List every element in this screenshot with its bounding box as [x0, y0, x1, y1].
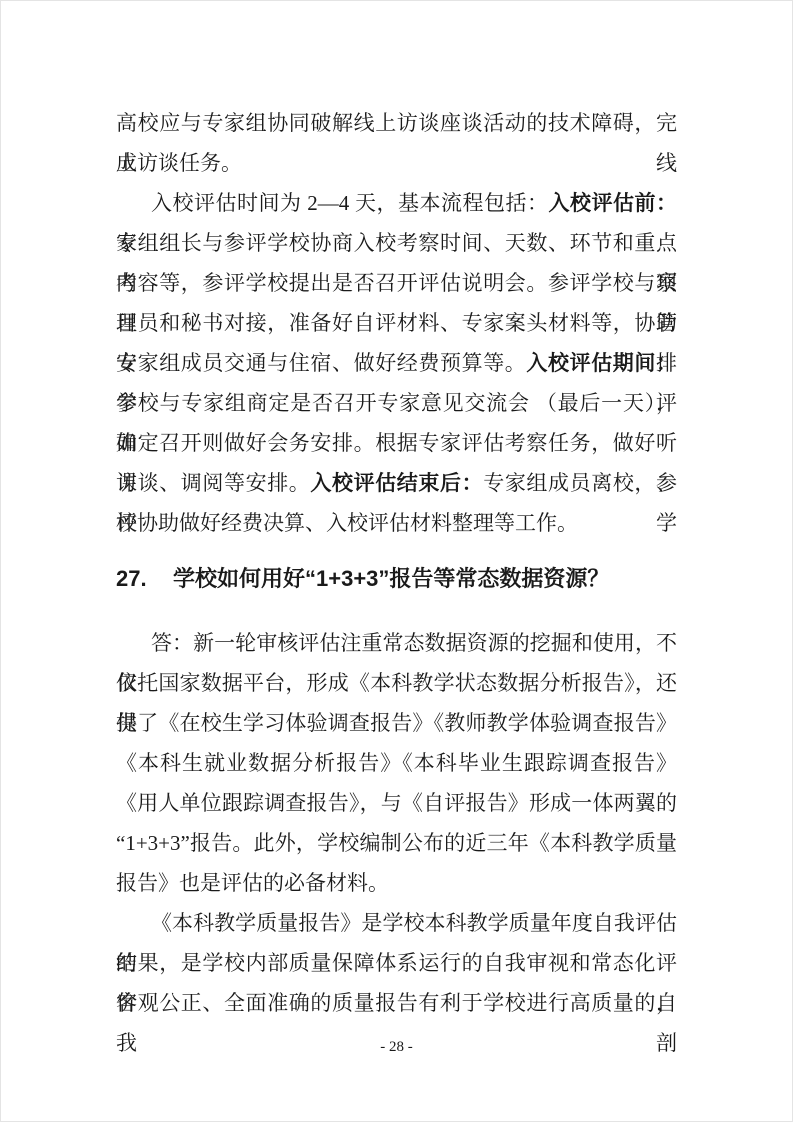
paragraph: 答：新一轮审核评估注重常态数据资源的挖掘和使用，不仅依托国家数据平台，形成《本科… [116, 623, 677, 903]
body-text: 供了《在校生学习体验调查报告》《教师教学体验调查报告》 [116, 711, 677, 735]
body-text: 专家组成员交通与住宿、做好经费预算等。 [116, 351, 526, 375]
document-body: 高校应与专家组协同破解线上访谈座谈活动的技术障碍，完成线上访谈任务。入校评估时间… [116, 103, 677, 1023]
text-line: 专家组成员交通与住宿、做好经费预算等。入校评估期间：参评 [116, 343, 677, 383]
question-number: 27. [116, 559, 173, 599]
text-line: “1+3+3”报告。此外，学校编制公布的近三年《本科教学质量 [116, 823, 677, 863]
paragraph: 高校应与专家组协同破解线上访谈座谈活动的技术障碍，完成线上访谈任务。 [116, 103, 677, 183]
text-line: 《用人单位跟踪调查报告》，与《自评报告》形成一体两翼的 [116, 783, 677, 823]
body-text: 《本科生就业数据分析报告》《本科毕业生跟踪调查报告》 [116, 751, 677, 775]
text-line: 访谈、调阅等安排。入校评估结束后：专家组成员离校，参评学 [116, 463, 677, 503]
text-line: 理员和秘书对接，准备好自评材料、专家案头材料等，协助安排 [116, 303, 677, 343]
text-line: 高校应与专家组协同破解线上访谈座谈活动的技术障碍，完成线 [116, 103, 677, 143]
body-text: 《用人单位跟踪调查报告》，与《自评报告》形成一体两翼的 [116, 791, 677, 815]
bold-run-in-text: 入校评估结束后： [310, 471, 483, 495]
body-text: 入校评估时间为 2—4 天，基本流程包括： [151, 191, 549, 215]
text-line: 依托国家数据平台，形成《本科教学状态数据分析报告》，还提 [116, 663, 677, 703]
body-text: “1+3+3”报告。此外，学校编制公布的近三年《本科教学质量 [116, 831, 677, 855]
text-line: 供了《在校生学习体验调查报告》《教师教学体验调查报告》 [116, 703, 677, 743]
document-page: 高校应与专家组协同破解线上访谈座谈活动的技术障碍，完成线上访谈任务。入校评估时间… [0, 0, 793, 1122]
text-line: 入校评估时间为 2—4 天，基本流程包括：入校评估前：专 [116, 183, 677, 223]
body-text: 访谈、调阅等安排。 [116, 471, 310, 495]
body-text: 校协助做好经费决算、入校评估材料整理等工作。 [116, 511, 578, 535]
text-line: 报告》也是评估的必备材料。 [116, 863, 677, 903]
question-heading: 27.学校如何用好“1+3+3”报告等常态数据资源？ [116, 559, 677, 599]
text-line: 《本科生就业数据分析报告》《本科毕业生跟踪调查报告》 [116, 743, 677, 783]
text-line: 答：新一轮审核评估注重常态数据资源的挖掘和使用，不仅 [116, 623, 677, 663]
paragraph: 入校评估时间为 2—4 天，基本流程包括：入校评估前：专家组组长与参评学校协商入… [116, 183, 677, 543]
text-line: 学校与专家组商定是否召开专家意见交流会 （最后一天），如 [116, 383, 677, 423]
body-text: 上访谈任务。 [116, 151, 242, 175]
text-line: 确定召开则做好会务安排。根据专家评估考察任务，做好听课、 [116, 423, 677, 463]
text-line: 《本科教学质量报告》是学校本科教学质量年度自我评估的 [116, 903, 677, 943]
bold-run-in-text: 入校评估期间： [526, 351, 677, 375]
question-title: 学校如何用好“1+3+3”报告等常态数据资源？ [173, 566, 609, 591]
bold-run-in-text: 入校评估前： [549, 191, 678, 215]
page-footer: - 28 - [1, 1037, 792, 1057]
page-number: - 28 - [380, 1039, 413, 1055]
paragraph: 《本科教学质量报告》是学校本科教学质量年度自我评估的结果，是学校内部质量保障体系… [116, 903, 677, 1023]
text-line: 客观公正、全面准确的质量报告有利于学校进行高质量的自我剖 [116, 983, 677, 1023]
text-line: 内容等，参评学校提出是否召开评估说明会。参评学校与项目管 [116, 263, 677, 303]
text-line: 结果，是学校内部质量保障体系运行的自我审视和常态化评价， [116, 943, 677, 983]
body-text: 报告》也是评估的必备材料。 [116, 871, 389, 895]
text-line: 家组组长与参评学校协商入校考察时间、天数、环节和重点考察 [116, 223, 677, 263]
